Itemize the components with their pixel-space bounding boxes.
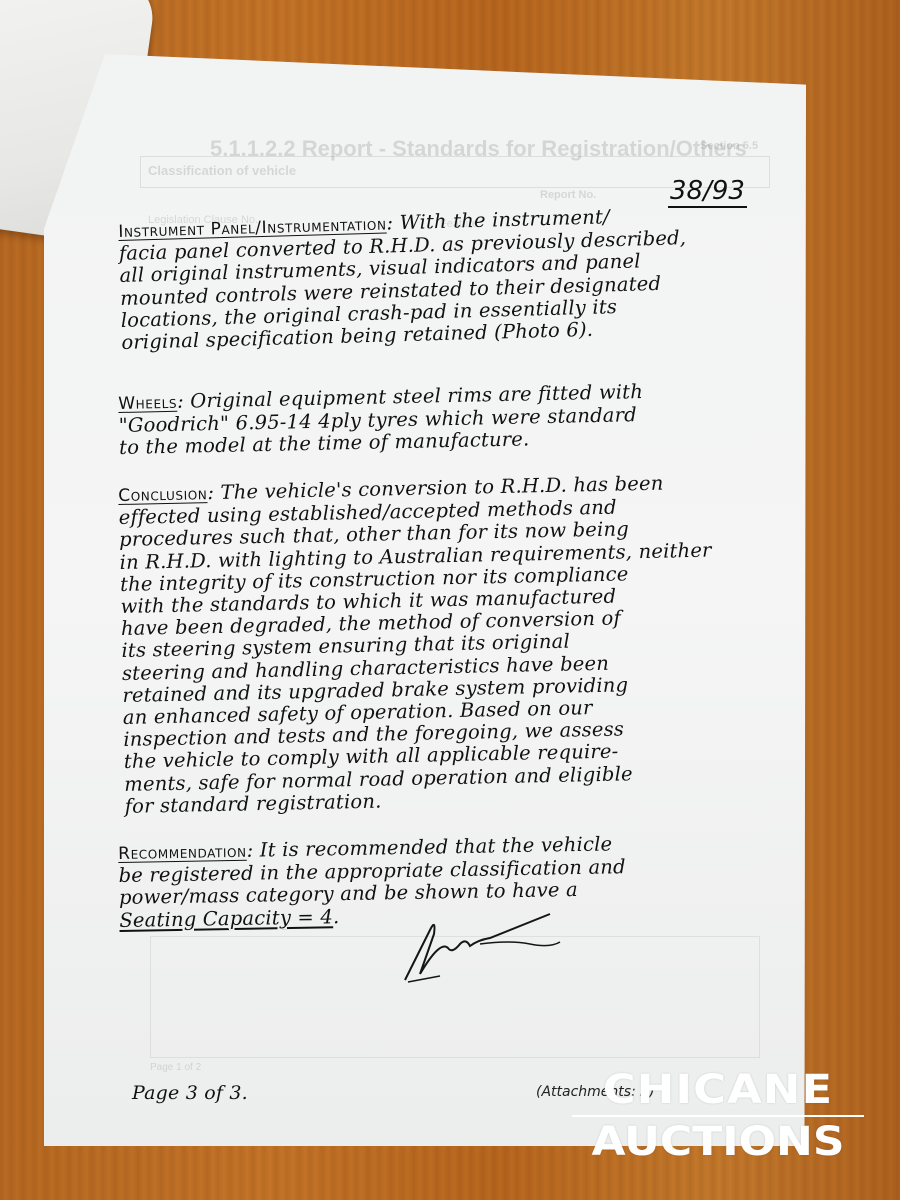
- section-heading: Conclusion: [118, 484, 208, 506]
- watermark-line-2: AUCTIONS: [551, 1122, 885, 1162]
- section-conclusion: Conclusion: The vehicle's conversion to …: [118, 470, 797, 818]
- seating-capacity: Seating Capacity = 4: [119, 905, 333, 932]
- section-wheels: Wheels: Original equipment steel rims ar…: [118, 378, 791, 460]
- section-heading: Wheels: [118, 393, 177, 414]
- section-instrument-panel: Instrument Panel/Instrumentation: With t…: [118, 201, 793, 354]
- watermark-rule: [572, 1115, 864, 1117]
- ghost-form-section: Section 5.5: [700, 140, 758, 152]
- ghost-form-classification: Classification of vehicle: [148, 163, 296, 178]
- signature-icon: [400, 910, 570, 990]
- ghost-form-page: Page 1 of 2: [150, 1062, 201, 1073]
- ghost-form-report-no: Report No.: [540, 189, 596, 201]
- watermark-line-1: CHICANE: [548, 1068, 888, 1112]
- section-heading: Recommendation: [118, 842, 247, 864]
- chicane-auctions-watermark: CHICANE AUCTIONS: [566, 1068, 870, 1162]
- section-line-suffix: .: [333, 905, 340, 928]
- page-footer: Page 3 of 3.: [132, 1082, 248, 1104]
